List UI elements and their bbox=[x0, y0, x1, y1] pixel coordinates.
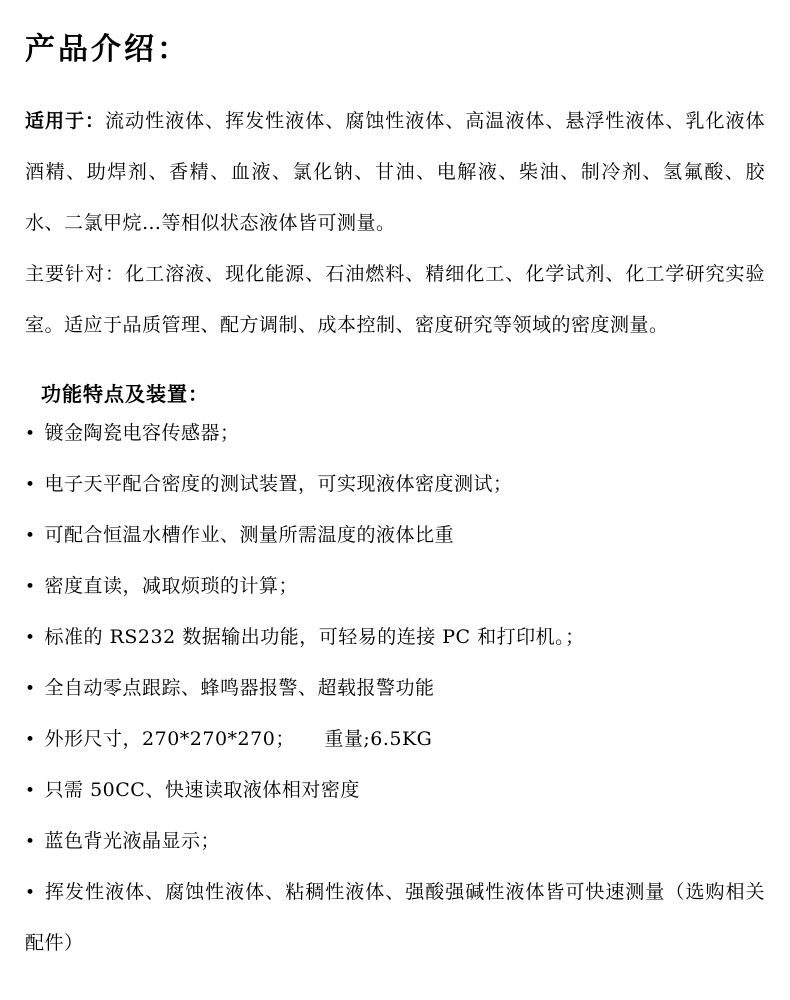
feature-item: •挥发性液体、腐蚀性液体、粘稠性液体、强酸强碱性液体皆可快速测量（选购相关配件） bbox=[25, 867, 765, 968]
bullet-icon: • bbox=[25, 766, 36, 816]
feature-item: •全自动零点跟踪、蜂鸣器报警、超载报警功能 bbox=[25, 663, 765, 714]
bullet-icon: • bbox=[25, 460, 36, 510]
intro-paragraph-lead: 适用于： bbox=[25, 110, 105, 132]
feature-list: •镀金陶瓷电容传感器； •电子天平配合密度的测试装置，可实现液体密度测试； •可… bbox=[25, 408, 765, 968]
feature-text: 电子天平配合密度的测试装置，可实现液体密度测试； bbox=[45, 473, 513, 495]
feature-text: 全自动零点跟踪、蜂鸣器报警、超载报警功能 bbox=[45, 677, 435, 699]
bullet-icon: • bbox=[25, 868, 36, 918]
page-title: 产品介绍： bbox=[25, 30, 765, 70]
bullet-icon: • bbox=[25, 562, 36, 612]
feature-text: 可配合恒温水槽作业、测量所需温度的液体比重 bbox=[45, 524, 455, 546]
feature-item: •标准的 RS232 数据输出功能，可轻易的连接 PC 和打印机。； bbox=[25, 612, 765, 663]
features-heading: 功能特点及装置： bbox=[41, 381, 765, 408]
bullet-icon: • bbox=[25, 409, 36, 459]
bullet-icon: • bbox=[25, 664, 36, 714]
feature-item: •只需 50CC、快速读取液体相对密度 bbox=[25, 765, 765, 816]
feature-text: 外形尺寸，270*270*270； 重量;6.5KG bbox=[45, 728, 433, 750]
bullet-icon: • bbox=[25, 613, 36, 663]
feature-text: 蓝色背光液晶显示； bbox=[45, 830, 221, 852]
feature-item: •电子天平配合密度的测试装置，可实现液体密度测试； bbox=[25, 459, 765, 510]
feature-item: •镀金陶瓷电容传感器； bbox=[25, 408, 765, 459]
feature-text: 标准的 RS232 数据输出功能，可轻易的连接 PC 和打印机。； bbox=[45, 626, 585, 648]
feature-text: 镀金陶瓷电容传感器； bbox=[45, 422, 240, 444]
intro-paragraph-text: 流动性液体、挥发性液体、腐蚀性液体、高温液体、悬浮性液体、乳化液体 酒精、助焊剂… bbox=[25, 110, 765, 234]
intro-paragraph: 适用于：流动性液体、挥发性液体、腐蚀性液体、高温液体、悬浮性液体、乳化液体 酒精… bbox=[25, 96, 765, 249]
feature-text: 只需 50CC、快速读取液体相对密度 bbox=[45, 779, 360, 801]
target-paragraph: 主要针对：化工溶液、现化能源、石油燃料、精细化工、化学试剂、化工学研究实验室。适… bbox=[25, 249, 765, 351]
feature-item: •密度直读，减取烦琐的计算； bbox=[25, 561, 765, 612]
bullet-icon: • bbox=[25, 817, 36, 867]
feature-item: •蓝色背光液晶显示； bbox=[25, 816, 765, 867]
bullet-icon: • bbox=[25, 715, 36, 765]
document-page: 产品介绍： 适用于：流动性液体、挥发性液体、腐蚀性液体、高温液体、悬浮性液体、乳… bbox=[0, 0, 790, 1000]
feature-item: •可配合恒温水槽作业、测量所需温度的液体比重 bbox=[25, 510, 765, 561]
feature-item: •外形尺寸，270*270*270； 重量;6.5KG bbox=[25, 714, 765, 765]
feature-text: 密度直读，减取烦琐的计算； bbox=[45, 575, 299, 597]
bullet-icon: • bbox=[25, 511, 36, 561]
feature-text: 挥发性液体、腐蚀性液体、粘稠性液体、强酸强碱性液体皆可快速测量（选购相关配件） bbox=[25, 881, 765, 954]
target-paragraph-text: 主要针对：化工溶液、现化能源、石油燃料、精细化工、化学试剂、化工学研究实验室。适… bbox=[25, 263, 765, 336]
